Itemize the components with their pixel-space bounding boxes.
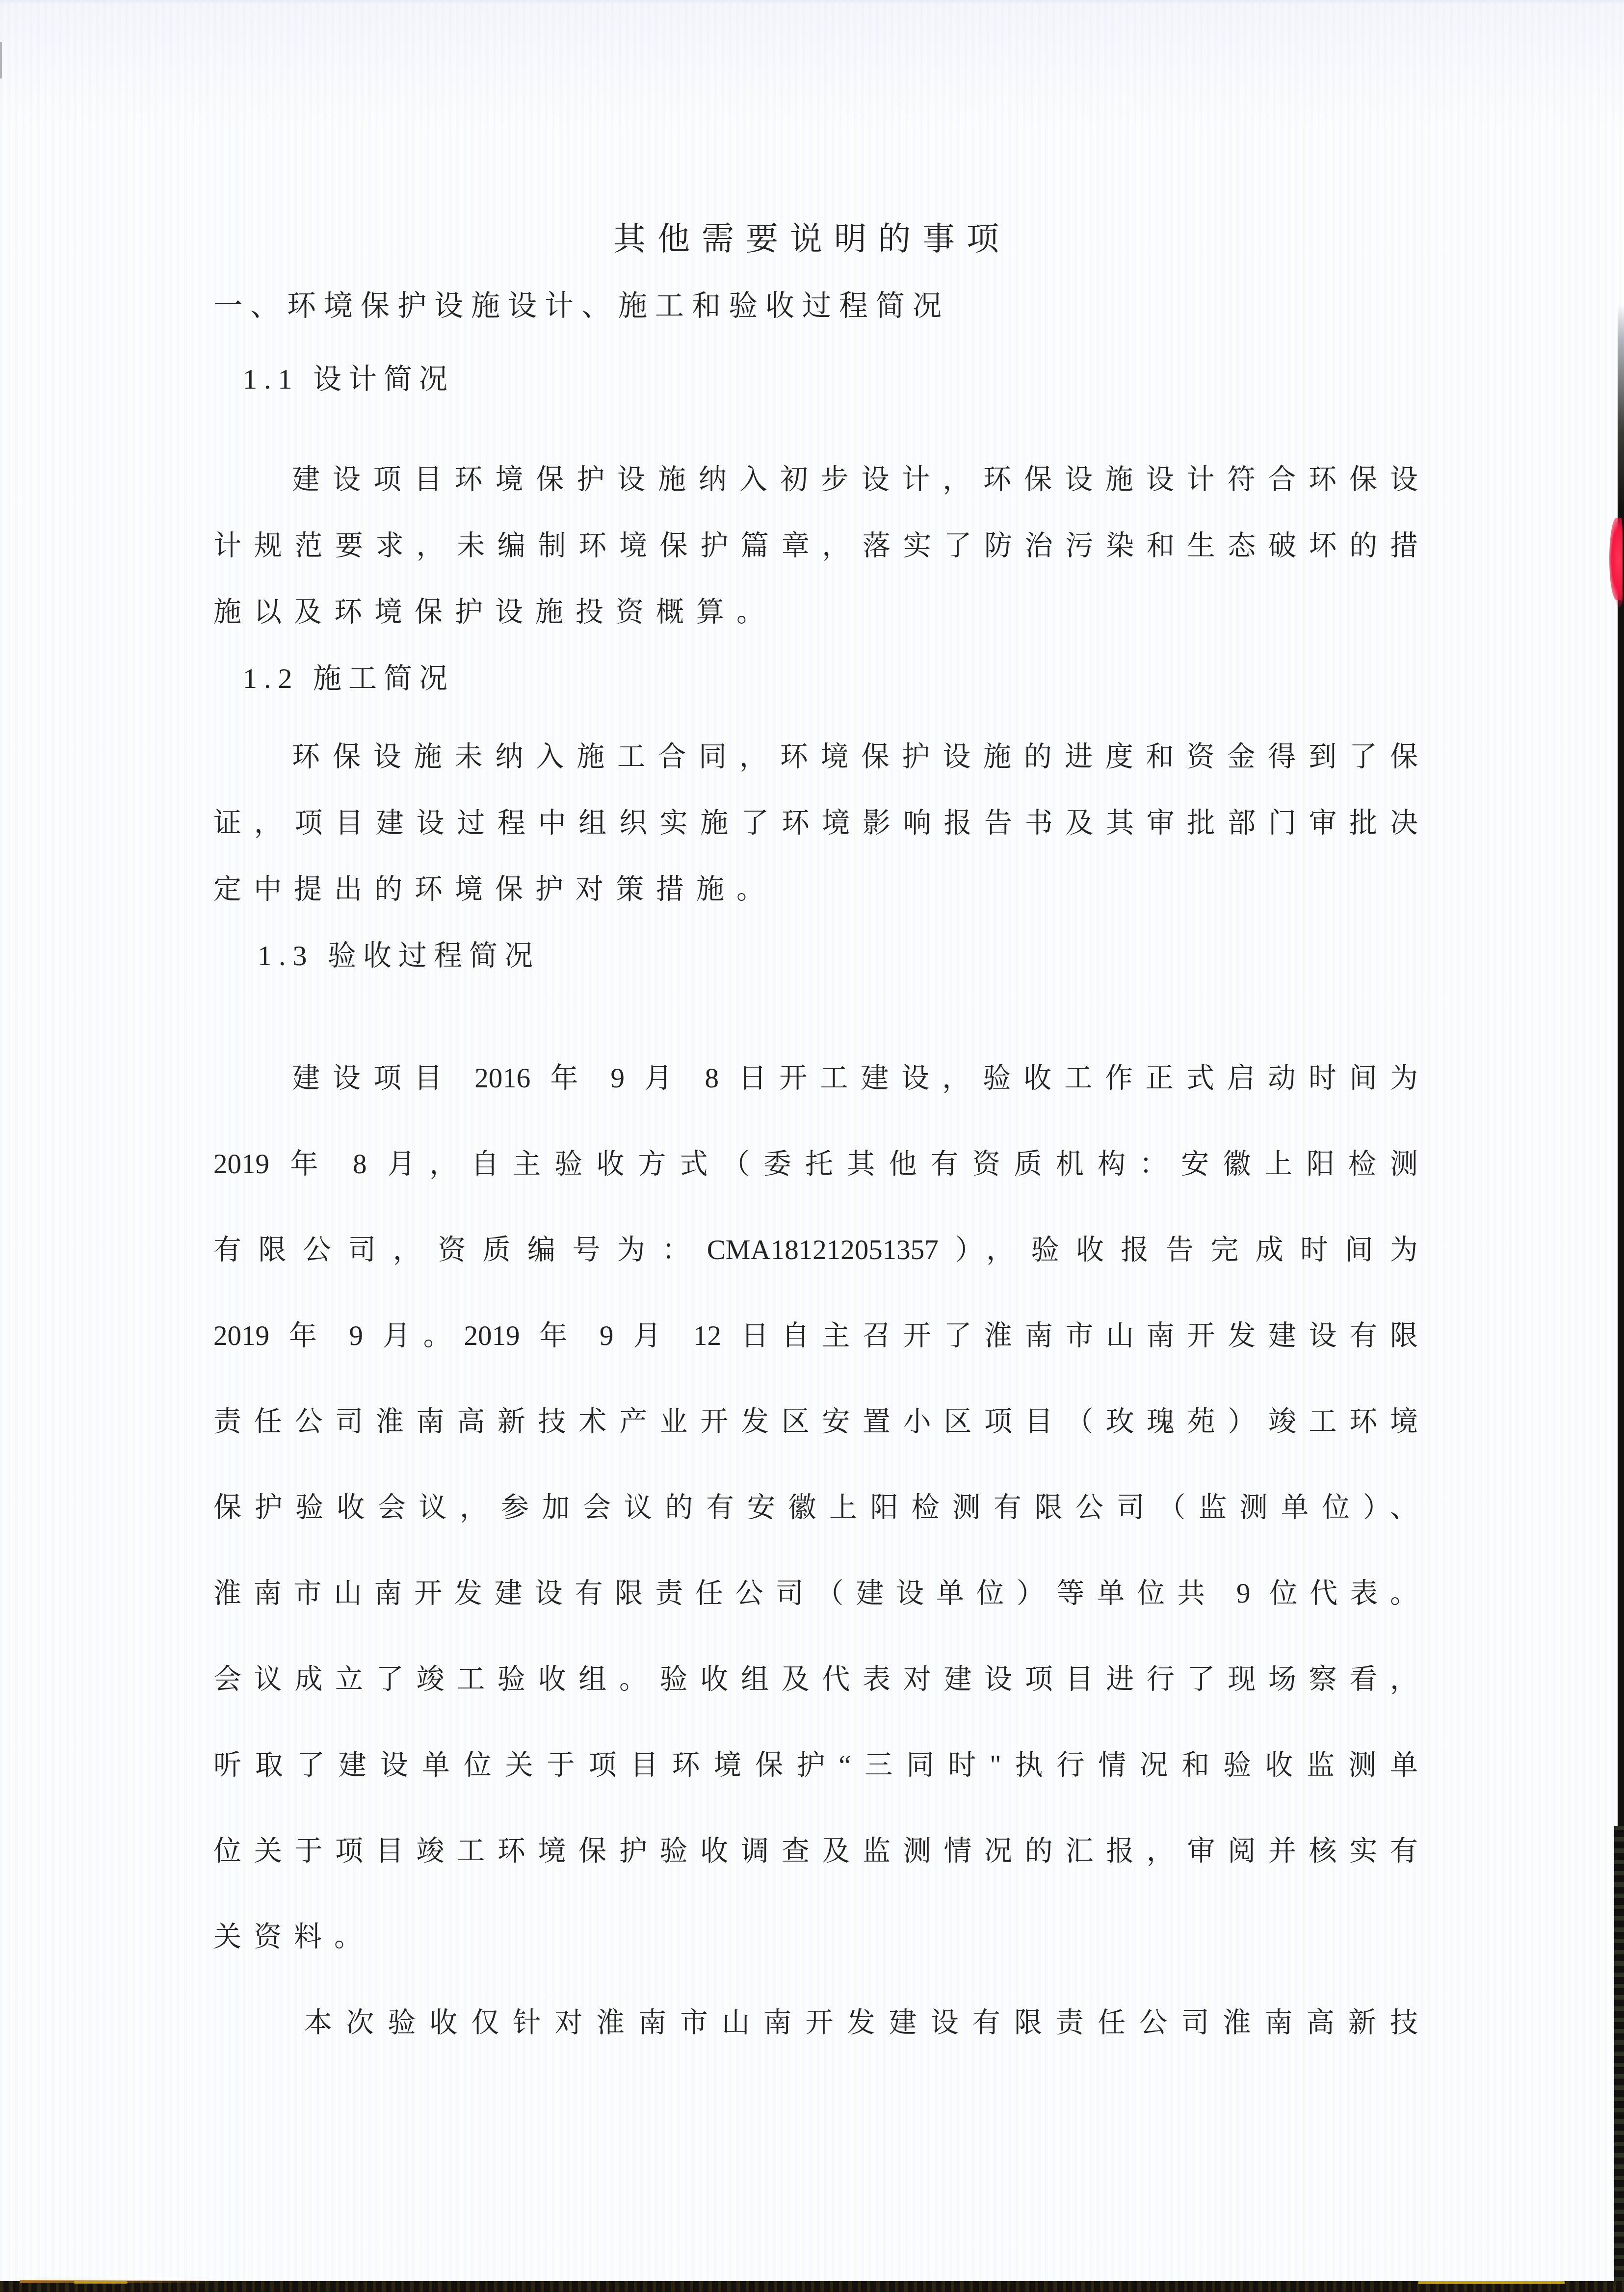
page-title: 其他需要说明的事项 — [613, 221, 1011, 258]
paragraph-line: 计规范要求，未编制环境保护篇章，落实了防治污染和生态破坏的措 — [213, 530, 1418, 562]
paragraph-line: 本次验收仅针对淮南市山南开发建设有限责任公司淮南高新技 — [304, 2007, 1418, 2039]
paragraph-line: 2019 年 9 月。2019 年 9 月 12 日自主召开了淮南市山南开发建设… — [213, 1320, 1418, 1352]
paragraph-line: 淮南市山南开发建设有限责任公司（建设单位）等单位共 9 位代表。 — [213, 1578, 1418, 1610]
paragraph-line: 环保设施未纳入施工合同，环境保护设施的进度和资金得到了保 — [292, 741, 1418, 773]
paragraph-line: 2019 年 8 月，自主验收方式（委托其他有资质机构：安徽上阳检测 — [213, 1148, 1418, 1181]
scanned-document-page: 其他需要说明的事项 一、环境保护设施设计、施工和验收过程简况 1.1 设计简况 … — [0, 0, 1624, 2292]
scan-bottom-edge-yellow-dash-right — [1418, 2281, 1565, 2284]
paragraph-line: 施以及环境保护设施投资概算。 — [213, 596, 777, 629]
paragraph-line: 有限公司，资质编号为：CMA181212051357），验收报告完成时间为 — [213, 1234, 1418, 1266]
subsection-heading-1-3: 1.3 验收过程简况 — [258, 940, 540, 973]
subsection-heading-1-2: 1.2 施工简况 — [243, 662, 454, 695]
scan-left-edge-tick — [0, 42, 2, 79]
paragraph-line: 责任公司淮南高新技术产业开发区安置小区项目（玫瑰苑）竣工环境 — [213, 1406, 1418, 1438]
paragraph-line: 关资料。 — [213, 1921, 374, 1953]
subsection-heading-1-1: 1.1 设计简况 — [243, 363, 454, 396]
paragraph-line: 证，项目建设过程中组织实施了环境影响报告书及其审批部门审批决 — [213, 807, 1418, 840]
paragraph-line: 会议成立了竣工验收组。验收组及代表对建设项目进行了现场察看， — [213, 1663, 1418, 1696]
paragraph-line: 建设项目 2016 年 9 月 8 日开工建设，验收工作正式启动时间为 — [292, 1062, 1418, 1095]
scan-top-sheen — [0, 0, 1624, 4]
scan-right-edge-shadow-bottom — [1614, 1826, 1624, 2292]
paragraph-line: 建设项目环境保护设施纳入初步设计，环保设施设计符合环保设 — [292, 464, 1418, 496]
paragraph-line: 定中提出的环境保护对策措施。 — [213, 873, 777, 906]
scan-bottom-edge-yellow-dash-left — [74, 2281, 128, 2284]
red-ink-mark-tail — [1615, 584, 1623, 607]
paragraph-line: 听取了建设单位关于项目环境保护“三同时"执行情况和验收监测单 — [213, 1749, 1418, 1782]
paragraph-line: 位关于项目竣工环境保护验收调查及监测情况的汇报，审阅并核实有 — [213, 1835, 1418, 1868]
paragraph-line: 保护验收会议，参加会议的有安徽上阳检测有限公司（监测单位）、 — [213, 1492, 1418, 1524]
scan-bottom-edge — [0, 2281, 1624, 2292]
section-heading: 一、环境保护设施设计、施工和验收过程简况 — [213, 290, 949, 323]
